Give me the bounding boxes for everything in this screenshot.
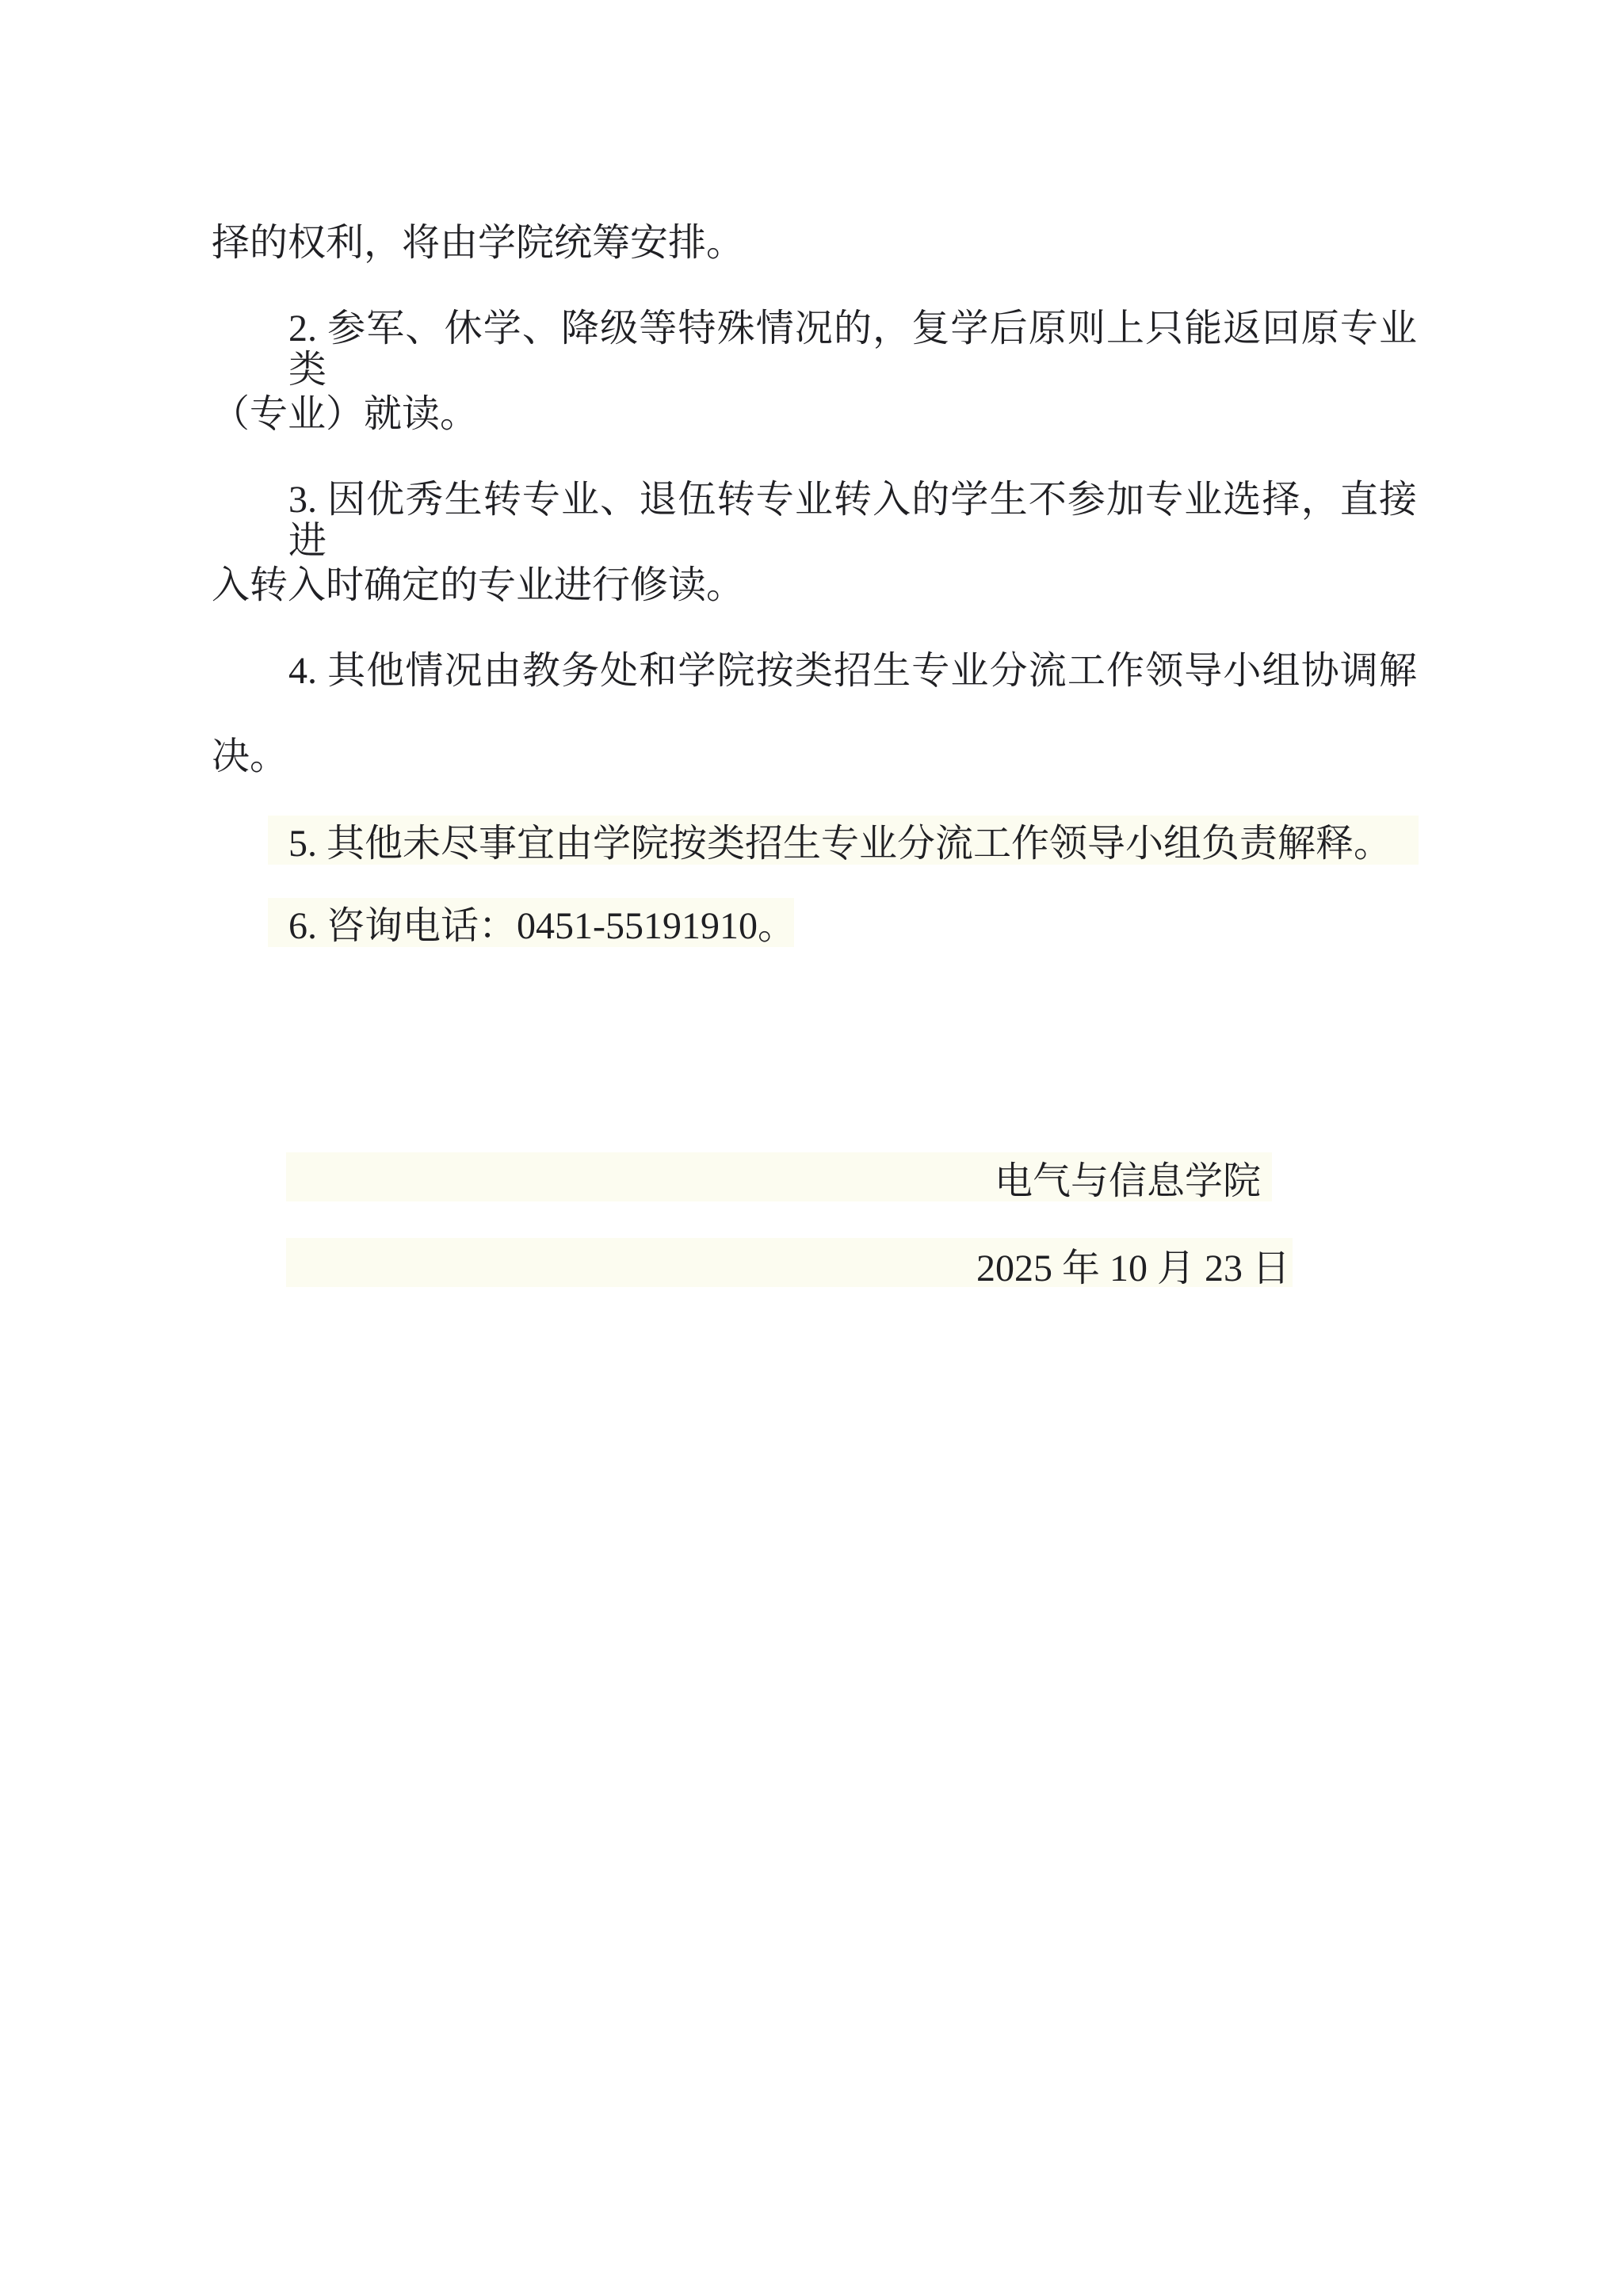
- body-line-4-item3: 3. 因优秀生转专业、退伍转专业转入的学生不参加专业选择，直接进: [288, 479, 1417, 562]
- signature-org: 电气与信息学院: [995, 1161, 1261, 1202]
- body-line-7: 决。: [212, 736, 288, 777]
- document-page: 择的权利，将由学院统筹安排。 2. 参军、休学、降级等特殊情况的，复学后原则上只…: [0, 0, 1623, 2296]
- body-line-6-item4: 4. 其他情况由教务处和学院按类招生专业分流工作领导小组协调解: [288, 651, 1417, 692]
- body-line-3: （专业）就读。: [212, 394, 478, 435]
- body-line-9-item6: 6. 咨询电话：0451-55191910。: [288, 906, 796, 947]
- signature-date: 2025 年 10 月 23 日: [976, 1248, 1290, 1289]
- body-line-8-item5: 5. 其他未尽事宜由学院按类招生专业分流工作领导小组负责解释。: [288, 823, 1392, 865]
- body-line-1: 择的权利，将由学院统筹安排。: [212, 223, 744, 264]
- body-line-2-item2: 2. 参军、休学、降级等特殊情况的，复学后原则上只能返回原专业类: [288, 308, 1417, 391]
- body-line-5: 入转入时确定的专业进行修读。: [212, 565, 744, 606]
